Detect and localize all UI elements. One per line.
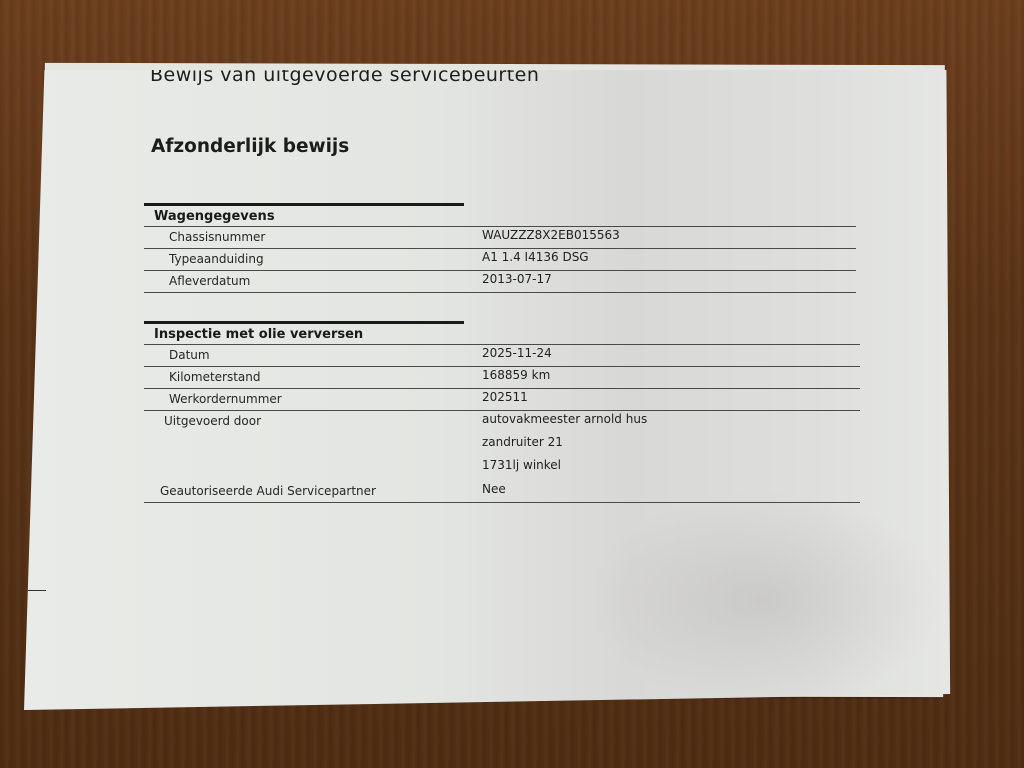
row-label: Typeaanduiding	[169, 252, 264, 266]
table-row: Geautoriseerde Audi Servicepartner Nee	[144, 481, 860, 503]
table-row-performed-by: Uitgevoerd door autovakmeester arnold hu…	[144, 410, 860, 481]
row-value-address: autovakmeester arnold hus zandruiter 21 …	[482, 412, 647, 481]
row-value: 2025-11-24	[482, 346, 552, 360]
vehicle-section: Wagengegevens Chassisnummer WAUZZZ8X2EB0…	[144, 203, 856, 293]
document-subtitle: Afzonderlijk bewijs	[151, 136, 349, 157]
row-label: Geautoriseerde Audi Servicepartner	[160, 484, 376, 498]
row-label: Afleverdatum	[169, 274, 250, 288]
table-row: Kilometerstand 168859 km	[144, 366, 860, 388]
row-value: 2013-07-17	[482, 272, 552, 286]
inspection-section: Inspectie met olie verversen Datum 2025-…	[144, 321, 860, 503]
row-value: 202511	[482, 390, 528, 404]
row-label: Chassisnummer	[169, 230, 265, 244]
shadow	[584, 490, 944, 710]
table-row: Chassisnummer WAUZZZ8X2EB015563	[144, 226, 856, 248]
table-row: Typeaanduiding A1 1.4 I4136 DSG	[144, 248, 856, 270]
row-label: Datum	[169, 348, 210, 362]
row-value: Nee	[482, 482, 506, 496]
row-value: WAUZZZ8X2EB015563	[482, 228, 620, 242]
section-title: Wagengegevens	[144, 206, 856, 226]
table-row: Datum 2025-11-24	[144, 344, 860, 366]
row-label: Uitgevoerd door	[164, 414, 261, 428]
section-title: Inspectie met olie verversen	[144, 324, 860, 344]
table-row: Werkordernummer 202511	[144, 388, 860, 410]
table-row: Afleverdatum 2013-07-17	[144, 270, 856, 293]
address-line: 1731lj winkel	[482, 458, 647, 481]
row-label: Werkordernummer	[169, 392, 282, 406]
address-line: zandruiter 21	[482, 435, 647, 458]
fold-mark	[24, 590, 46, 591]
row-label: Kilometerstand	[169, 370, 261, 384]
row-value: 168859 km	[482, 368, 550, 382]
row-value: A1 1.4 I4136 DSG	[482, 250, 589, 264]
address-line: autovakmeester arnold hus	[482, 412, 647, 435]
service-document: Bewijs van uitgevoerde servicebeurten Af…	[24, 70, 952, 710]
